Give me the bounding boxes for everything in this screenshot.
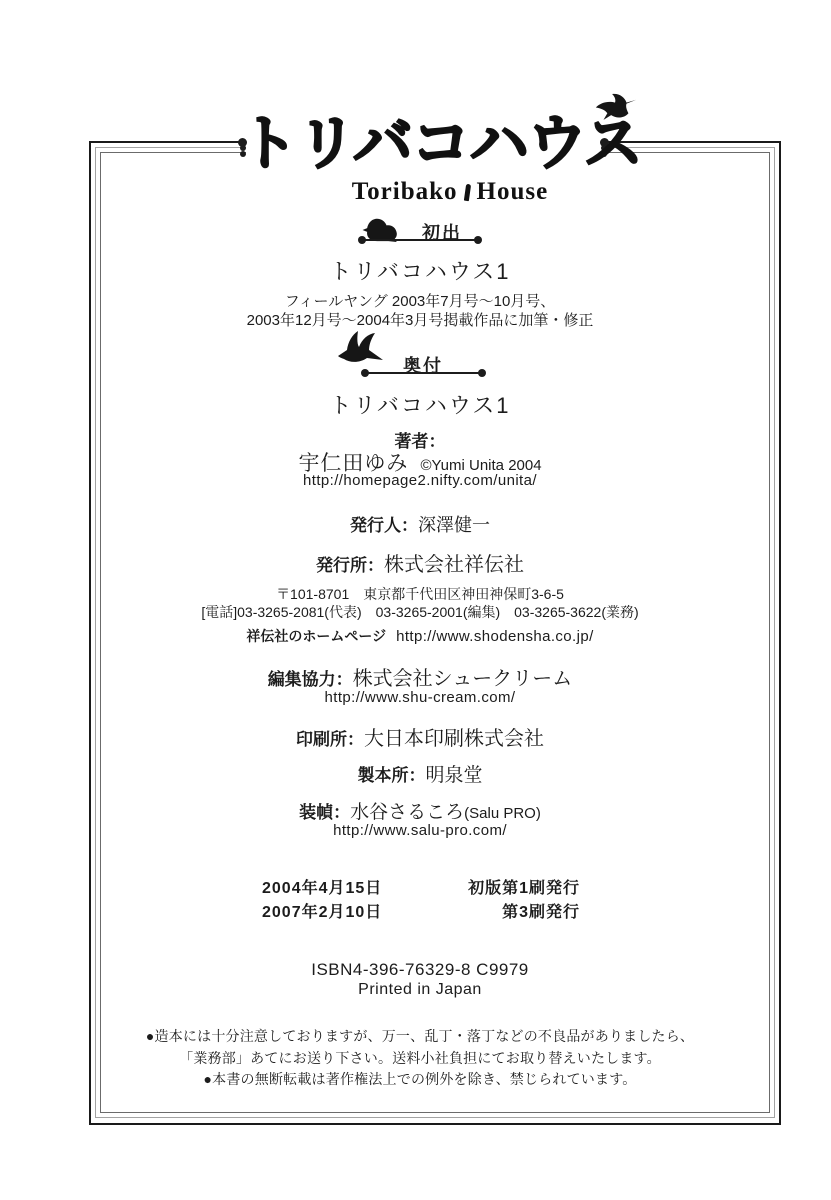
design-name: 水谷さるころ — [350, 802, 464, 823]
author-url: http://homepage2.nifty.com/unita/ — [85, 472, 755, 489]
printer-line: 印刷所：大日本印刷株式会社 — [85, 722, 755, 751]
printed-in-japan: Printed in Japan — [85, 981, 755, 999]
publisher-phones: [電話]03-3265-2081(代表) 03-3265-2001(編集) 03… — [85, 602, 755, 622]
editing-url: http://www.shu-cream.com/ — [85, 689, 755, 706]
publisher-line: 発行所：株式会社祥伝社 — [85, 548, 755, 577]
logo-title-latin: ToribakoHouse — [115, 178, 785, 206]
edition-date: 2004年4月15日 — [262, 877, 382, 901]
editing-line: 編集協力：株式会社シュークリーム — [85, 662, 755, 691]
feather-icon — [463, 184, 470, 202]
logo-title-latin-word2: House — [477, 178, 549, 205]
binder-line: 製本所：明泉堂 — [85, 760, 755, 787]
section-rule — [365, 372, 482, 374]
notice-line-3: ●本書の無断転載は著作権法上での例外を除き、禁じられています。 — [85, 1069, 755, 1091]
publisher-name: 株式会社祥伝社 — [384, 554, 524, 576]
issuer-name: 深澤健一 — [418, 515, 490, 535]
publisher-address: 〒101-8701 東京都千代田区神田神保町3-6-5 — [85, 584, 755, 604]
edition-print: 初版第1刷発行 — [468, 877, 580, 901]
design-url: http://www.salu-pro.com/ — [85, 822, 755, 839]
homepage-line: 祥伝社のホームページhttp://www.shodensha.co.jp/ — [85, 626, 755, 646]
shoshutsu-note-line1: フィールヤング 2003年7月号〜10月号、 — [85, 290, 755, 311]
edition-print: 第3刷発行 — [502, 901, 580, 925]
issuer-label: 発行人： — [350, 516, 418, 535]
rule-end-dot — [361, 369, 369, 377]
swallow-icon — [592, 90, 638, 123]
notice-line-1: ●造本には十分注意しておりますが、万一、乱丁・落丁などの不良品がありましたら、 — [85, 1026, 755, 1048]
binder-label: 製本所： — [357, 766, 425, 785]
binder-name: 明泉堂 — [425, 765, 482, 786]
printer-name: 大日本印刷株式会社 — [364, 728, 544, 750]
edition-date: 2007年2月10日 — [262, 901, 382, 925]
logo-title-kana: トリバコハウス — [105, 96, 775, 182]
isbn-code: ISBN4-396-76329-8 C9979 — [85, 960, 755, 980]
edition-row: 2004年4月15日 初版第1刷発行 — [262, 877, 580, 901]
homepage-label: 祥伝社のホームページ — [246, 628, 386, 644]
rule-end-dot — [474, 236, 482, 244]
issuer-line: 発行人：深澤健一 — [85, 511, 755, 537]
section-rule — [362, 239, 478, 241]
okuzuke-title: トリバコハウス1 — [85, 389, 755, 420]
publisher-label: 発行所： — [316, 556, 384, 575]
rule-end-dot — [478, 369, 486, 377]
design-label: 装幀： — [299, 803, 350, 822]
shoshutsu-title: トリバコハウス1 — [85, 255, 755, 286]
shoshutsu-note-line2: 2003年12月号〜2004年3月号掲載作品に加筆・修正 — [85, 309, 755, 330]
homepage-url: http://www.shodensha.co.jp/ — [396, 628, 594, 645]
edition-dates: 2004年4月15日 初版第1刷発行 2007年2月10日 第3刷発行 — [262, 877, 580, 925]
section-header-okuzuke: 奥付 — [388, 352, 458, 378]
flying-bird-icon — [336, 330, 384, 370]
section-header-shoshutsu: 初出 — [402, 219, 482, 245]
design-line: 装幀：水谷さるころ(Salu PRO) — [85, 797, 755, 824]
design-note: (Salu PRO) — [464, 805, 541, 822]
logo-title-latin-word1: Toribako — [352, 178, 458, 205]
rule-end-dot — [358, 236, 366, 244]
notice-line-2: 「業務部」あてにお送り下さい。送料小社負担にてお取り替えいたします。 — [85, 1048, 755, 1070]
printer-label: 印刷所： — [296, 730, 364, 749]
editing-name: 株式会社シュークリーム — [353, 668, 573, 690]
edition-row: 2007年2月10日 第3刷発行 — [262, 901, 580, 925]
editing-label: 編集協力： — [268, 670, 353, 689]
